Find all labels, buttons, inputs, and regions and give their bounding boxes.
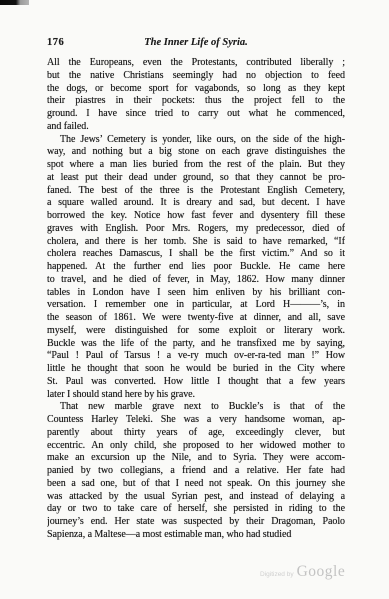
text-line: ground. I have since tried to carry out …	[47, 108, 345, 121]
text-line: eccentric. An only child, she proposed t…	[47, 440, 345, 453]
paragraph: All the Europeans, even the Protestants,…	[47, 57, 345, 134]
text-line: graves with English. Poor Mrs. Rogers, m…	[47, 223, 345, 236]
page-header: 176 The Inner Life of Syria.	[47, 37, 345, 57]
scanned-book-page: 176 The Inner Life of Syria. All the Eur…	[0, 0, 389, 599]
text-line: the dogs, or become sport for vagabonds,…	[47, 83, 345, 96]
text-line: St. Paul was converted. How little I tho…	[47, 376, 345, 389]
text-line: The Jews’ Cemetery is yonder, like ours,…	[47, 134, 345, 147]
text-line: Buckle was the life of the party, and he…	[47, 338, 345, 351]
text-line: journey’s end. Her state was suspected b…	[47, 516, 345, 529]
text-line: panied by two collegians, a friend and a…	[47, 465, 345, 478]
text-line: to travel, and he died of fever, in May,…	[47, 274, 345, 287]
text-line: Sapienza, a Maltese—a most estimable man…	[47, 529, 345, 542]
scan-artifact-mark	[0, 0, 29, 5]
text-line: “Paul ! Paul of Tarsus ! a ve-ry much ov…	[47, 350, 345, 363]
text-line: cholera reaches Damascus, I shall be the…	[47, 248, 345, 261]
text-line: versation. I remember one in particular,…	[47, 299, 345, 312]
text-line: borrowed the key. Notice how fast fever …	[47, 210, 345, 223]
text-line: parently about thirty years of age, exce…	[47, 427, 345, 440]
text-line: spot where a man lies buried from the re…	[47, 159, 345, 172]
text-line: and failed.	[47, 121, 345, 134]
text-line: make an excursion up the Nile, and to Sy…	[47, 452, 345, 465]
text-line: later I should stand here by his grave.	[47, 389, 345, 402]
text-line: cholera, and there is her tomb. She is s…	[47, 236, 345, 249]
text-line: their piastres in their pockets: thus th…	[47, 95, 345, 108]
text-line: a square walled around. It is dreary and…	[47, 197, 345, 210]
text-line: was attacked by the usual Syrian pest, a…	[47, 491, 345, 504]
google-logo-text: Google	[297, 563, 346, 581]
digitized-watermark: Digitized by Google	[260, 563, 345, 581]
text-line: All the Europeans, even the Protestants,…	[47, 57, 345, 70]
text-line: day or two to take care of herself, she …	[47, 503, 345, 516]
text-line: myself, were distinguished for some expl…	[47, 325, 345, 338]
text-line: been a sad one, but of that I need not s…	[47, 478, 345, 491]
paragraph: The Jews’ Cemetery is yonder, like ours,…	[47, 134, 345, 402]
text-line: at least put their dead under ground, so…	[47, 172, 345, 185]
text-line: way, and nothing but a big stone on each…	[47, 146, 345, 159]
text-line: the season of 1861. We were twenty-five …	[47, 312, 345, 325]
watermark-prefix: Digitized by	[260, 571, 294, 578]
running-title: The Inner Life of Syria.	[47, 37, 345, 48]
text-line: tables in London have I seen him enliven…	[47, 287, 345, 300]
text-line: but the native Christians seemingly had …	[47, 70, 345, 83]
text-block: All the Europeans, even the Protestants,…	[47, 57, 345, 542]
page-content: 176 The Inner Life of Syria. All the Eur…	[47, 37, 345, 542]
paragraph: That new marble grave next to Buckle’s i…	[47, 401, 345, 541]
text-line: happened. At the further end lies poor B…	[47, 261, 345, 274]
text-line: Countess Harley Teleki. She was a very h…	[47, 414, 345, 427]
text-line: That new marble grave next to Buckle’s i…	[47, 401, 345, 414]
text-line: faned. The best of the three is the Prot…	[47, 185, 345, 198]
text-line: little he thought that soon he would be …	[47, 363, 345, 376]
